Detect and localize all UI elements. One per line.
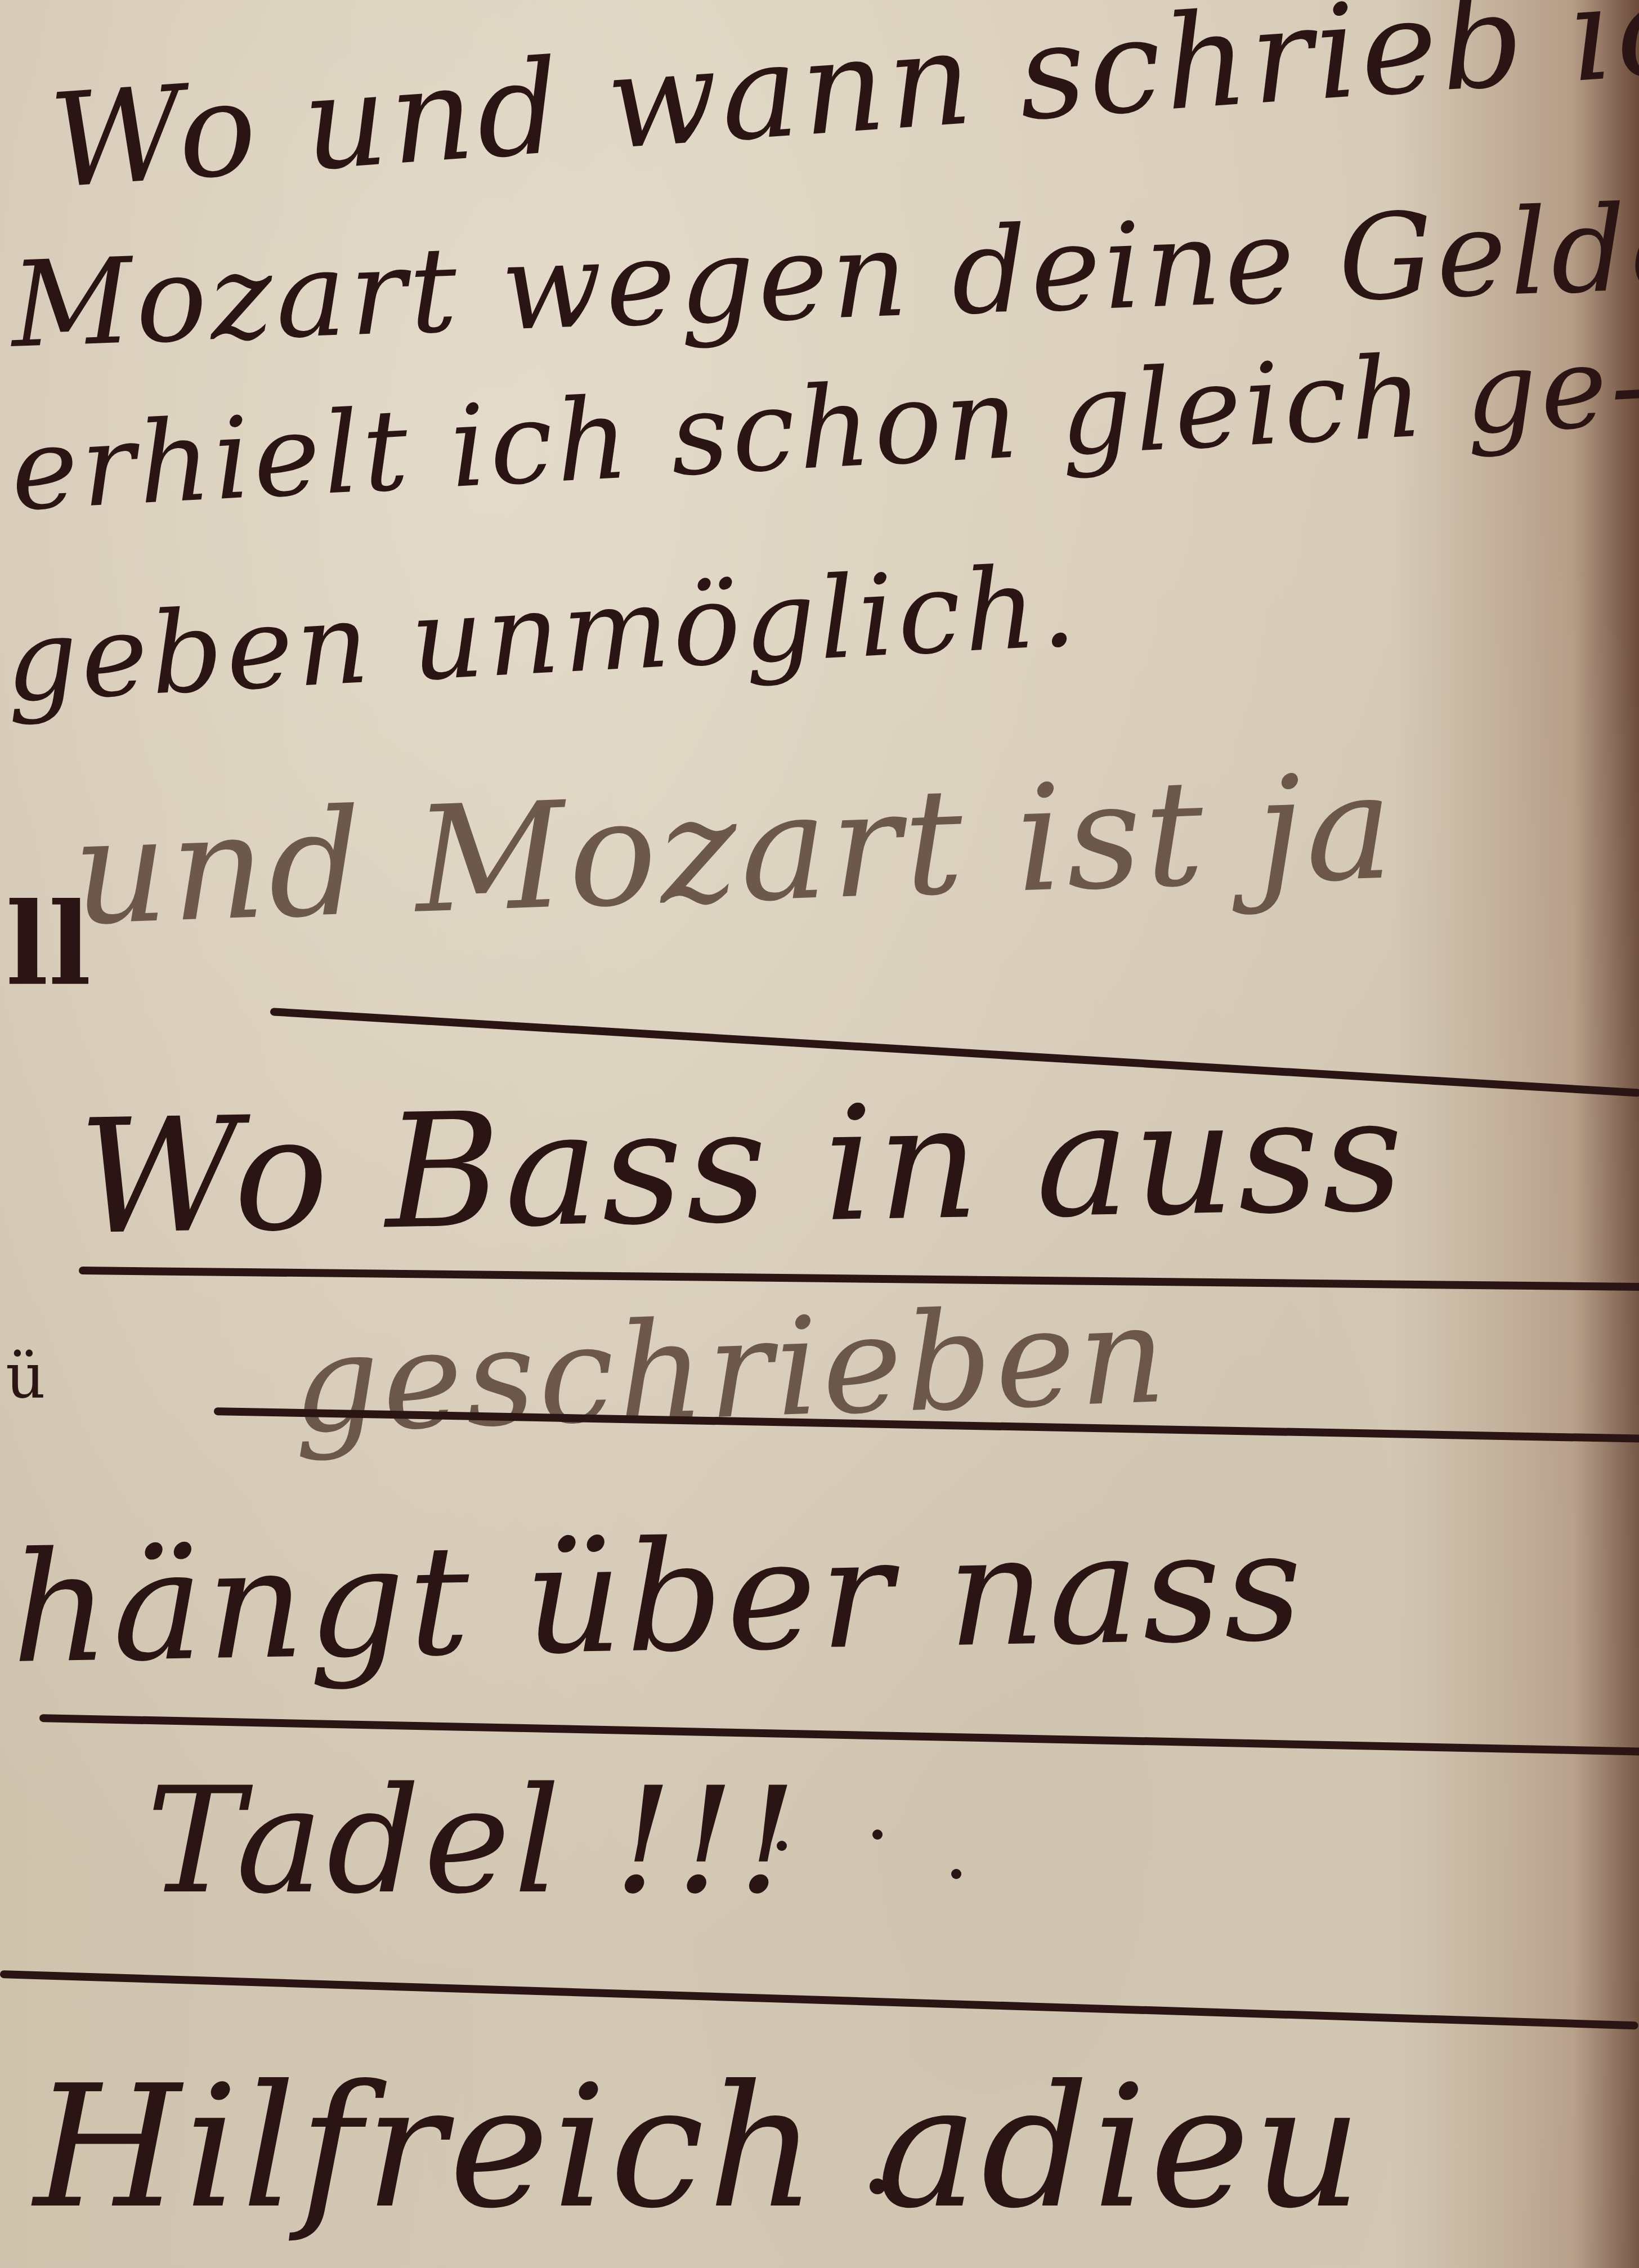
manuscript-line-6-struck: Wo Bass in auss <box>77 1063 1408 1270</box>
manuscript-line-7-struck: geschrieben <box>290 1276 1171 1464</box>
manuscript-line-1: Wo und wann schrieb ich die 17 <box>46 0 1639 218</box>
manuscript-line-8-struck: hängt über nass <box>10 1497 1306 1697</box>
manuscript-line-5: und Mozart ist ja <box>70 742 1399 958</box>
ink-blot <box>777 1841 787 1851</box>
manuscript-line-10: Hilfreich adieu <box>34 2049 1365 2245</box>
margin-mark: ll <box>6 878 91 1010</box>
manuscript-line-9: Tadel !!! <box>146 1756 800 1926</box>
ink-blot <box>870 2178 885 2194</box>
ink-blot <box>872 1829 883 1840</box>
strikethrough-line <box>39 1714 1639 1756</box>
manuscript-line-4: geben unmöglich. <box>2 540 1082 728</box>
ink-blot <box>951 1869 961 1879</box>
manuscript-page: Wo und wann schrieb ich die 17 Mozart we… <box>0 0 1639 2268</box>
margin-mark: ü <box>6 1340 46 1412</box>
separator-line <box>0 1970 1638 2029</box>
